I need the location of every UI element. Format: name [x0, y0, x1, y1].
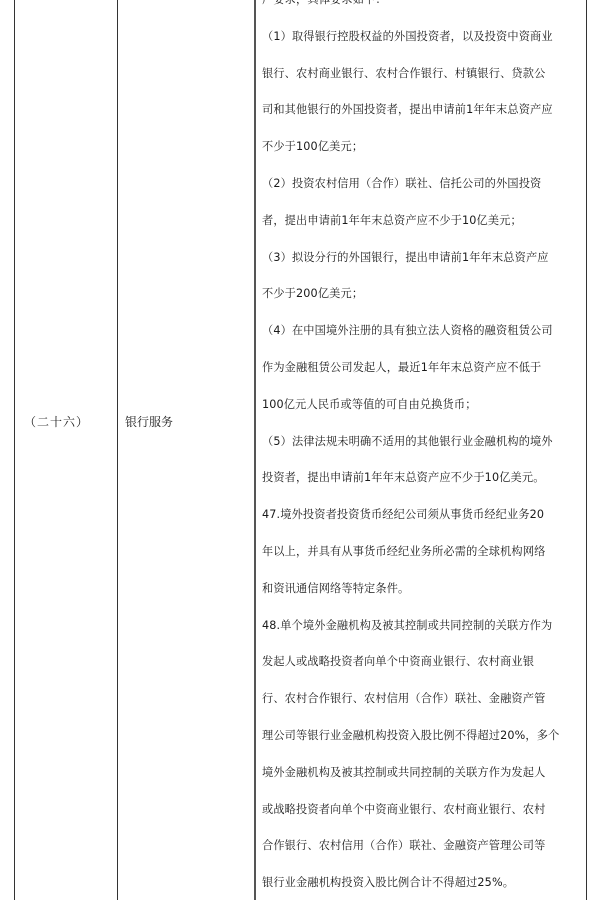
table-border-right	[586, 0, 587, 900]
cell-item-number: （二十六）	[14, 0, 117, 900]
text-line: 48.单个境外金融机构及被其控制或共同控制的关联方作为	[262, 608, 582, 645]
item-number: （二十六）	[24, 414, 89, 430]
text-line: 和资讯通信网络等特定条件。	[262, 571, 582, 608]
text-line: 合作银行、农村信用（合作）联社、金融资产管理公司等	[262, 828, 582, 865]
text-line: 年以上，并具有从事货币经纪业务所必需的全球机构网络	[262, 534, 582, 571]
text-line: 司和其他银行的外国投资者，提出申请前1年年末总资产应	[262, 92, 582, 129]
text-line: 理公司等银行业金融机构投资入股比例不得超过20%，多个	[262, 718, 582, 755]
text-line: 或战略投资者向单个中资商业银行、农村商业银行、农村	[262, 792, 582, 829]
text-line: 境外金融机构及被其控制或共同控制的关联方作为发起人	[262, 755, 582, 792]
cell-category: 银行服务	[117, 0, 255, 900]
text-line: 作为金融租赁公司发起人，最近1年年末总资产应不低于	[262, 350, 582, 387]
category-name: 银行服务	[125, 414, 173, 430]
text-line: 不少于200亿美元；	[262, 276, 582, 313]
text-line: 投资者，提出申请前1年年末总资产应不少于10亿美元。	[262, 460, 582, 497]
text-line: 银行、农村商业银行、农村合作银行、村镇银行、贷款公	[262, 56, 582, 93]
text-line: 产要求，具体要求如下：	[262, 0, 582, 19]
text-line: （1）取得银行控股权益的外国投资者，以及投资中资商业	[262, 19, 582, 56]
text-line: 47.境外投资者投资货币经纪公司须从事货币经纪业务20	[262, 497, 582, 534]
requirements-text: 产要求，具体要求如下： （1）取得银行控股权益的外国投资者，以及投资中资商业 银…	[262, 0, 582, 900]
text-line: （5）法律法规未明确不适用的其他银行业金融机构的境外	[262, 424, 582, 461]
cell-requirements: 产要求，具体要求如下： （1）取得银行控股权益的外国投资者，以及投资中资商业 银…	[255, 0, 586, 900]
text-line: （2）投资农村信用（合作）联社、信托公司的外国投资	[262, 166, 582, 203]
text-line: （3）拟设分行的外国银行，提出申请前1年年末总资产应	[262, 240, 582, 277]
text-line: 者，提出申请前1年年末总资产应不少于10亿美元；	[262, 203, 582, 240]
text-line: 100亿元人民币或等值的可自由兑换货币；	[262, 387, 582, 424]
text-line: 行、农村合作银行、农村信用（合作）联社、金融资产管	[262, 681, 582, 718]
text-line: （4）在中国境外注册的具有独立法人资格的融资租赁公司	[262, 313, 582, 350]
text-line: 银行业金融机构投资入股比例合计不得超过25%。	[262, 865, 582, 900]
text-line: 不少于100亿美元；	[262, 129, 582, 166]
text-line: 发起人或战略投资者向单个中资商业银行、农村商业银	[262, 644, 582, 681]
